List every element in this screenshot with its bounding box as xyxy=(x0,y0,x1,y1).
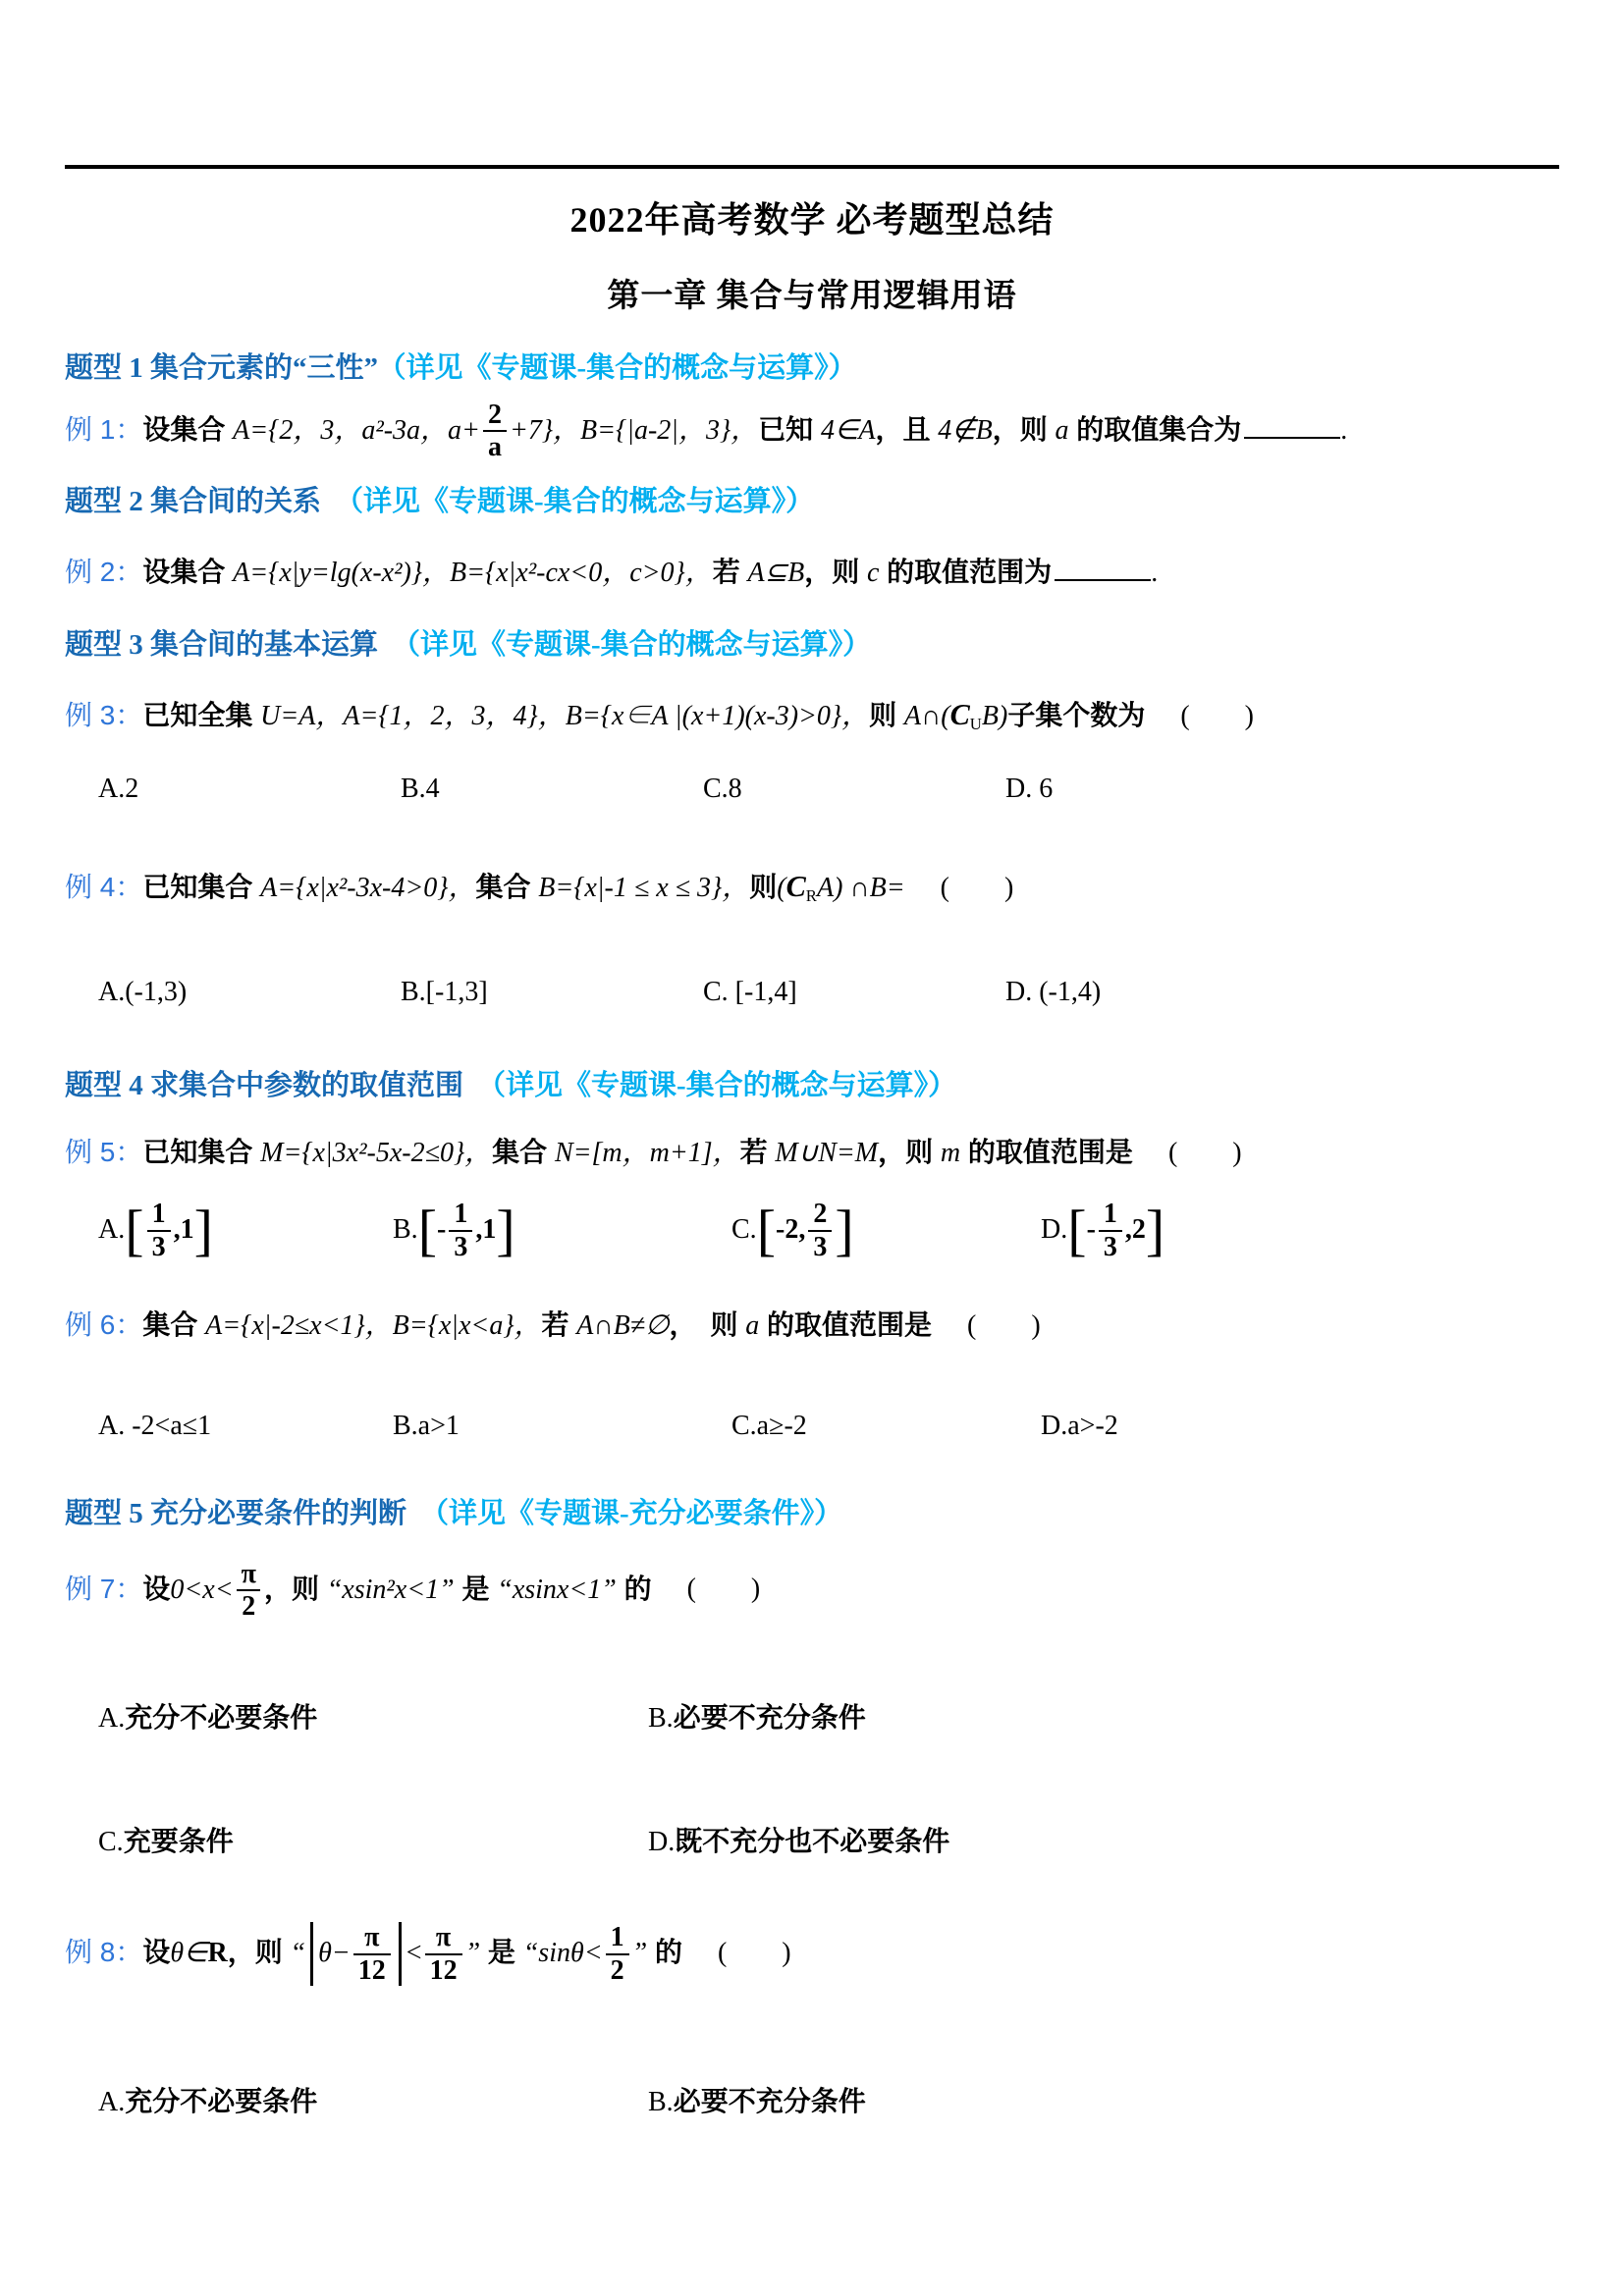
fraction: 23 xyxy=(808,1199,832,1262)
example-5-options: A.[13,1] B.[-13,1] C.[-2,23] D.[-13,2] xyxy=(65,1199,1559,1262)
fraction: 13 xyxy=(1099,1199,1122,1262)
option-letter: A. xyxy=(98,1703,125,1734)
text-segment: 设集合 xyxy=(142,557,233,587)
option-letter: B. xyxy=(648,2087,674,2117)
text-segment: ， 则 xyxy=(669,1309,745,1340)
answer-parentheses: ( ) xyxy=(1168,1138,1242,1168)
text-segment: ，且 xyxy=(875,414,938,445)
example-7-label: 例 7： xyxy=(65,1573,142,1603)
text-segment: 是 xyxy=(455,1573,498,1603)
example-3-option-c: C.8 xyxy=(703,773,1005,805)
example-7-option-b: B.必要不充分条件 xyxy=(648,1696,866,1735)
fraction: 13 xyxy=(449,1199,472,1262)
fraction-numerator: 1 xyxy=(1099,1199,1122,1229)
text-segment: 设 xyxy=(142,1937,170,1967)
math-segment: M={x|3x²-5x-2≤0}， xyxy=(260,1138,492,1168)
text-segment: 设集合 xyxy=(142,414,233,445)
right-bracket: ] xyxy=(835,1199,853,1262)
answer-parentheses: ( ) xyxy=(1180,701,1254,731)
fraction-numerator: 2 xyxy=(483,400,507,430)
math-segment: U=A，A={1，2，3，4}，B={x∈A |(x+1)(x-3)>0}， xyxy=(260,701,869,731)
topic-5-title: 题型 5 充分必要条件的判断 xyxy=(65,1498,406,1529)
text-segment: ，则 xyxy=(993,414,1056,445)
option-text: 充要条件 xyxy=(124,1826,234,1856)
example-3-option-b: B.4 xyxy=(401,773,703,805)
example-7-options-row1: A.充分不必要条件 B.必要不充分条件 xyxy=(65,1696,1559,1735)
example-2: 例 2：设集合 A={x|y=lg(x-x²)}，B={x|x²-cx<0，c>… xyxy=(65,549,1559,593)
math-segment: < xyxy=(406,1938,422,1968)
interval-text: - xyxy=(1087,1214,1096,1245)
period: . xyxy=(1340,415,1347,446)
fraction-denominator: 2 xyxy=(606,1953,629,1986)
text-segment: 的 xyxy=(647,1937,682,1967)
text-segment: 则 xyxy=(869,700,904,730)
example-5-label: 例 5： xyxy=(65,1137,142,1167)
absolute-value-group: θ−π12 xyxy=(310,1922,402,1986)
example-4-label: 例 4： xyxy=(65,872,142,902)
example-1-label: 例 1： xyxy=(65,414,142,445)
example-6-option-b: B.a>1 xyxy=(393,1410,731,1442)
option-text: D. 6 xyxy=(1005,774,1053,804)
right-bracket: ] xyxy=(194,1199,213,1262)
math-segment: ( xyxy=(777,873,785,903)
example-7-option-a: A.充分不必要条件 xyxy=(98,1696,648,1735)
complement-symbol: C xyxy=(786,870,806,903)
option-text: 充分不必要条件 xyxy=(125,2086,317,2116)
text-segment: 若 xyxy=(713,557,748,587)
text-segment: 已知 xyxy=(758,414,821,445)
answer-blank xyxy=(1244,406,1340,439)
example-8-label: 例 8： xyxy=(65,1937,142,1967)
fraction-denominator: 2 xyxy=(237,1589,260,1622)
option-letter: A. xyxy=(98,2087,125,2117)
fraction-denominator: 3 xyxy=(147,1230,171,1262)
text-segment: 若 xyxy=(542,1309,577,1340)
text-segment: 的取值范围是 xyxy=(759,1309,932,1340)
text-segment: 已知全集 xyxy=(142,700,260,730)
text-segment: 的取值范围为 xyxy=(879,557,1052,587)
option-letter: C. xyxy=(731,1214,757,1245)
math-segment: +7}，B={|a-2|，3}， xyxy=(510,415,758,446)
answer-parentheses: ( ) xyxy=(687,1574,761,1604)
fraction: 12 xyxy=(606,1922,629,1986)
option-letter: C. xyxy=(98,1827,124,1857)
topic-1-heading: 题型 1 集合元素的“三性”（详见《专题课-集合的概念与运算》） xyxy=(65,346,1559,386)
text-segment: 集合 xyxy=(475,872,538,902)
option-text: C. [-1,4] xyxy=(703,977,797,1007)
quote-mark: ” xyxy=(632,1938,648,1968)
text-segment: 已知集合 xyxy=(142,1137,260,1167)
fraction-numerator: π xyxy=(237,1559,261,1589)
quote-mark: “ xyxy=(291,1938,306,1968)
math-segment: 0<x< xyxy=(170,1574,233,1604)
topic-1-title: 题型 1 集合元素的“三性” xyxy=(65,352,378,384)
fraction-numerator: π xyxy=(359,1922,384,1952)
example-3-option-d: D. 6 xyxy=(1005,773,1053,805)
option-text: D.a>-2 xyxy=(1041,1411,1118,1441)
option-text: B.a>1 xyxy=(393,1411,460,1441)
option-letter: A. xyxy=(98,1214,125,1245)
math-segment: R xyxy=(208,1938,228,1968)
option-text: 既不充分也不必要条件 xyxy=(675,1826,949,1856)
left-bracket: [ xyxy=(418,1199,437,1262)
math-segment: θ− xyxy=(318,1934,351,1974)
example-7-option-d: D.既不充分也不必要条件 xyxy=(648,1820,949,1859)
fraction-numerator: 1 xyxy=(147,1199,171,1229)
answer-parentheses: ( ) xyxy=(967,1310,1041,1341)
answer-parentheses: ( ) xyxy=(718,1938,791,1968)
text-segment: 设 xyxy=(142,1573,170,1603)
topic-5-heading: 题型 5 充分必要条件的判断（详见《专题课-充分必要条件》） xyxy=(65,1491,1559,1531)
math-segment: A={x|x²-3x-4>0}， xyxy=(260,873,475,903)
fraction-numerator: 2 xyxy=(808,1199,832,1229)
math-segment: a xyxy=(745,1310,759,1341)
math-segment: θ∈ xyxy=(170,1938,207,1968)
topic-2-heading: 题型 2 集合间的关系（详见《专题课-集合的概念与运算》） xyxy=(65,479,1559,519)
example-5: 例 5：已知集合 M={x|3x²-5x-2≤0}，集合 N=[m，m+1]，若… xyxy=(65,1133,1559,1174)
option-text: 充分不必要条件 xyxy=(125,1702,317,1733)
text-segment: ，则 xyxy=(878,1137,941,1167)
fraction-denominator: 12 xyxy=(353,1953,391,1986)
example-3-label: 例 3： xyxy=(65,700,142,730)
document-page: 2022年高考数学 必考题型总结 第一章 集合与常用逻辑用语 题型 1 集合元素… xyxy=(0,165,1624,2119)
fraction: π2 xyxy=(237,1559,261,1623)
text-segment: 则 xyxy=(749,872,777,902)
math-segment: “xsin²x<1” xyxy=(327,1574,455,1604)
complement-subscript: R xyxy=(806,886,817,905)
text-segment: ，则 xyxy=(804,557,867,587)
math-segment: M∪N=M xyxy=(775,1138,878,1168)
quote-mark: “ xyxy=(523,1938,539,1968)
option-text: A. -2<a≤1 xyxy=(98,1411,211,1441)
example-7-options-row2: C.充要条件 D.既不充分也不必要条件 xyxy=(65,1820,1559,1859)
option-text: A.2 xyxy=(98,774,138,804)
option-text: A.(-1,3) xyxy=(98,977,187,1007)
example-3-option-a: A.2 xyxy=(98,773,401,805)
text-segment: 的取值集合为 xyxy=(1069,414,1242,445)
example-8-option-a: A.充分不必要条件 xyxy=(98,2080,648,2119)
example-4-option-d: D. (-1,4) xyxy=(1005,976,1101,1008)
example-3-options: A.2 B.4 C.8 D. 6 xyxy=(65,773,1559,805)
complement-symbol: C xyxy=(950,698,970,731)
example-4-options: A.(-1,3) B.[-1,3] C. [-1,4] D. (-1,4) xyxy=(65,976,1559,1008)
answer-parentheses: ( ) xyxy=(941,873,1014,903)
topic-4-title: 题型 4 求集合中参数的取值范围 xyxy=(65,1070,463,1101)
fraction-denominator: 3 xyxy=(449,1230,472,1262)
math-segment: a xyxy=(1056,415,1069,446)
quote-mark: ” xyxy=(465,1938,481,1968)
option-text: B.4 xyxy=(401,774,440,804)
math-segment: sinθ< xyxy=(538,1938,602,1968)
example-7: 例 7：设0<x<π2，则 “xsin²x<1” 是 “xsinx<1” 的( … xyxy=(65,1559,1559,1623)
example-6-label: 例 6： xyxy=(65,1309,142,1340)
math-segment: A={x|y=lg(x-x²)}，B={x|x²-cx<0，c>0}， xyxy=(233,558,713,588)
example-5-option-d: D.[-13,2] xyxy=(1041,1199,1164,1262)
right-bracket: ] xyxy=(1146,1199,1164,1262)
topic-4-ref: （详见《专题课-集合的概念与运算》） xyxy=(477,1070,956,1101)
topic-2-title: 题型 2 集合间的关系 xyxy=(65,486,321,517)
option-text: B.[-1,3] xyxy=(401,977,488,1007)
text-segment: 若 xyxy=(740,1137,776,1167)
fraction: 2a xyxy=(483,400,507,463)
math-segment: A) ∩B= xyxy=(817,873,905,903)
example-4-option-b: B.[-1,3] xyxy=(401,976,703,1008)
interval-text: ,2 xyxy=(1125,1214,1146,1245)
option-letter: D. xyxy=(1041,1214,1067,1245)
option-text: D. (-1,4) xyxy=(1005,977,1101,1007)
example-4-option-c: C. [-1,4] xyxy=(703,976,1005,1008)
option-letter: D. xyxy=(648,1827,675,1857)
interval-text: - xyxy=(437,1214,446,1245)
text-segment: 的取值范围是 xyxy=(960,1137,1133,1167)
fraction: 13 xyxy=(147,1199,171,1262)
math-segment: B) xyxy=(982,701,1007,731)
fraction-denominator: 12 xyxy=(425,1953,462,1986)
math-segment: m xyxy=(941,1138,960,1168)
example-8-option-b: B.必要不充分条件 xyxy=(648,2080,866,2119)
fraction: π12 xyxy=(353,1922,391,1986)
text-segment: ，则 xyxy=(264,1573,327,1603)
period: . xyxy=(1151,558,1158,588)
interval-text: ,1 xyxy=(475,1214,496,1245)
example-6-option-d: D.a>-2 xyxy=(1041,1410,1118,1442)
example-4: 例 4：已知集合 A={x|x²-3x-4>0}，集合 B={x|-1 ≤ x … xyxy=(65,866,1559,909)
fraction-numerator: 1 xyxy=(449,1199,472,1229)
math-segment: A∩B≠∅ xyxy=(576,1310,669,1341)
math-segment: A∩( xyxy=(904,701,950,731)
answer-blank xyxy=(1055,549,1151,581)
text-segment: 集合 xyxy=(142,1309,205,1340)
document-title: 2022年高考数学 必考题型总结 xyxy=(65,192,1559,242)
example-8: 例 8：设θ∈R，则 “θ−π12<π12” 是 “sinθ<12” 的( ) xyxy=(65,1922,1559,1986)
left-bracket: [ xyxy=(757,1199,776,1262)
example-7-option-c: C.充要条件 xyxy=(98,1820,648,1859)
topic-5-ref: （详见《专题课-充分必要条件》） xyxy=(420,1498,842,1529)
text-segment: 是 xyxy=(480,1937,523,1967)
text-segment: ，则 xyxy=(228,1937,291,1967)
fraction-denominator: 3 xyxy=(1099,1230,1122,1262)
example-6-option-c: C.a≥-2 xyxy=(731,1410,1041,1442)
example-5-option-a: A.[13,1] xyxy=(98,1199,393,1262)
topic-3-title: 题型 3 集合间的基本运算 xyxy=(65,629,378,661)
text-segment: 已知集合 xyxy=(142,872,260,902)
example-2-label: 例 2： xyxy=(65,557,142,587)
complement-subscript: U xyxy=(970,715,982,733)
option-letter: B. xyxy=(393,1214,418,1245)
option-text: C.a≥-2 xyxy=(731,1411,807,1441)
example-3: 例 3：已知全集 U=A，A={1，2，3，4}，B={x∈A |(x+1)(x… xyxy=(65,694,1559,737)
option-text: 必要不充分条件 xyxy=(674,1702,866,1733)
topic-3-heading: 题型 3 集合间的基本运算（详见《专题课-集合的概念与运算》） xyxy=(65,622,1559,663)
option-text: 必要不充分条件 xyxy=(674,2086,866,2116)
math-segment: 4∈A xyxy=(821,415,876,446)
fraction-numerator: π xyxy=(431,1922,456,1952)
text-segment: 的 xyxy=(617,1573,652,1603)
example-5-option-b: B.[-13,1] xyxy=(393,1199,731,1262)
topic-4-heading: 题型 4 求集合中参数的取值范围（详见《专题课-集合的概念与运算》） xyxy=(65,1063,1559,1103)
math-segment: 4∉B xyxy=(938,415,993,446)
left-bracket: [ xyxy=(1067,1199,1086,1262)
example-1: 例 1：设集合 A={2，3，a²-3a，a+2a+7}，B={|a-2|，3}… xyxy=(65,400,1559,463)
fraction: π12 xyxy=(425,1922,462,1986)
example-6: 例 6：集合 A={x|-2≤x<1}，B={x|x<a}，若 A∩B≠∅， 则… xyxy=(65,1306,1559,1347)
option-letter: B. xyxy=(648,1703,674,1734)
interval-text: -2, xyxy=(776,1214,805,1245)
math-segment: A={x|-2≤x<1}，B={x|x<a}， xyxy=(205,1310,541,1341)
right-bracket: ] xyxy=(496,1199,514,1262)
math-segment: A⊆B xyxy=(748,558,805,588)
example-6-options: A. -2<a≤1 B.a>1 C.a≥-2 D.a>-2 xyxy=(65,1410,1559,1442)
example-5-option-c: C.[-2,23] xyxy=(731,1199,1041,1262)
fraction-numerator: 1 xyxy=(606,1922,629,1952)
left-bracket: [ xyxy=(125,1199,143,1262)
math-segment: B={x|-1 ≤ x ≤ 3}， xyxy=(538,873,749,903)
example-8-options: A.充分不必要条件 B.必要不充分条件 xyxy=(65,2080,1559,2119)
fraction-denominator: 3 xyxy=(808,1230,832,1262)
topic-1-ref: （详见《专题课-集合的概念与运算》） xyxy=(392,352,857,384)
example-4-option-a: A.(-1,3) xyxy=(98,976,401,1008)
fraction-denominator: a xyxy=(483,430,507,462)
text-segment: 集合 xyxy=(492,1137,555,1167)
math-segment: N=[m，m+1]， xyxy=(555,1138,740,1168)
interval-text: ,1 xyxy=(174,1214,194,1245)
topic-3-ref: （详见《专题课-集合的概念与运算》） xyxy=(392,629,871,661)
top-rule xyxy=(65,165,1559,169)
topic-2-ref: （详见《专题课-集合的概念与运算》） xyxy=(335,486,814,517)
text-segment: 子集个数为 xyxy=(1007,700,1145,730)
math-segment: c xyxy=(867,558,879,588)
chapter-title: 第一章 集合与常用逻辑用语 xyxy=(65,270,1559,316)
math-segment: “xsinx<1” xyxy=(497,1574,617,1604)
example-6-option-a: A. -2<a≤1 xyxy=(98,1410,393,1442)
math-segment: A={2，3，a²-3a，a+ xyxy=(233,415,480,446)
option-text: C.8 xyxy=(703,774,742,804)
